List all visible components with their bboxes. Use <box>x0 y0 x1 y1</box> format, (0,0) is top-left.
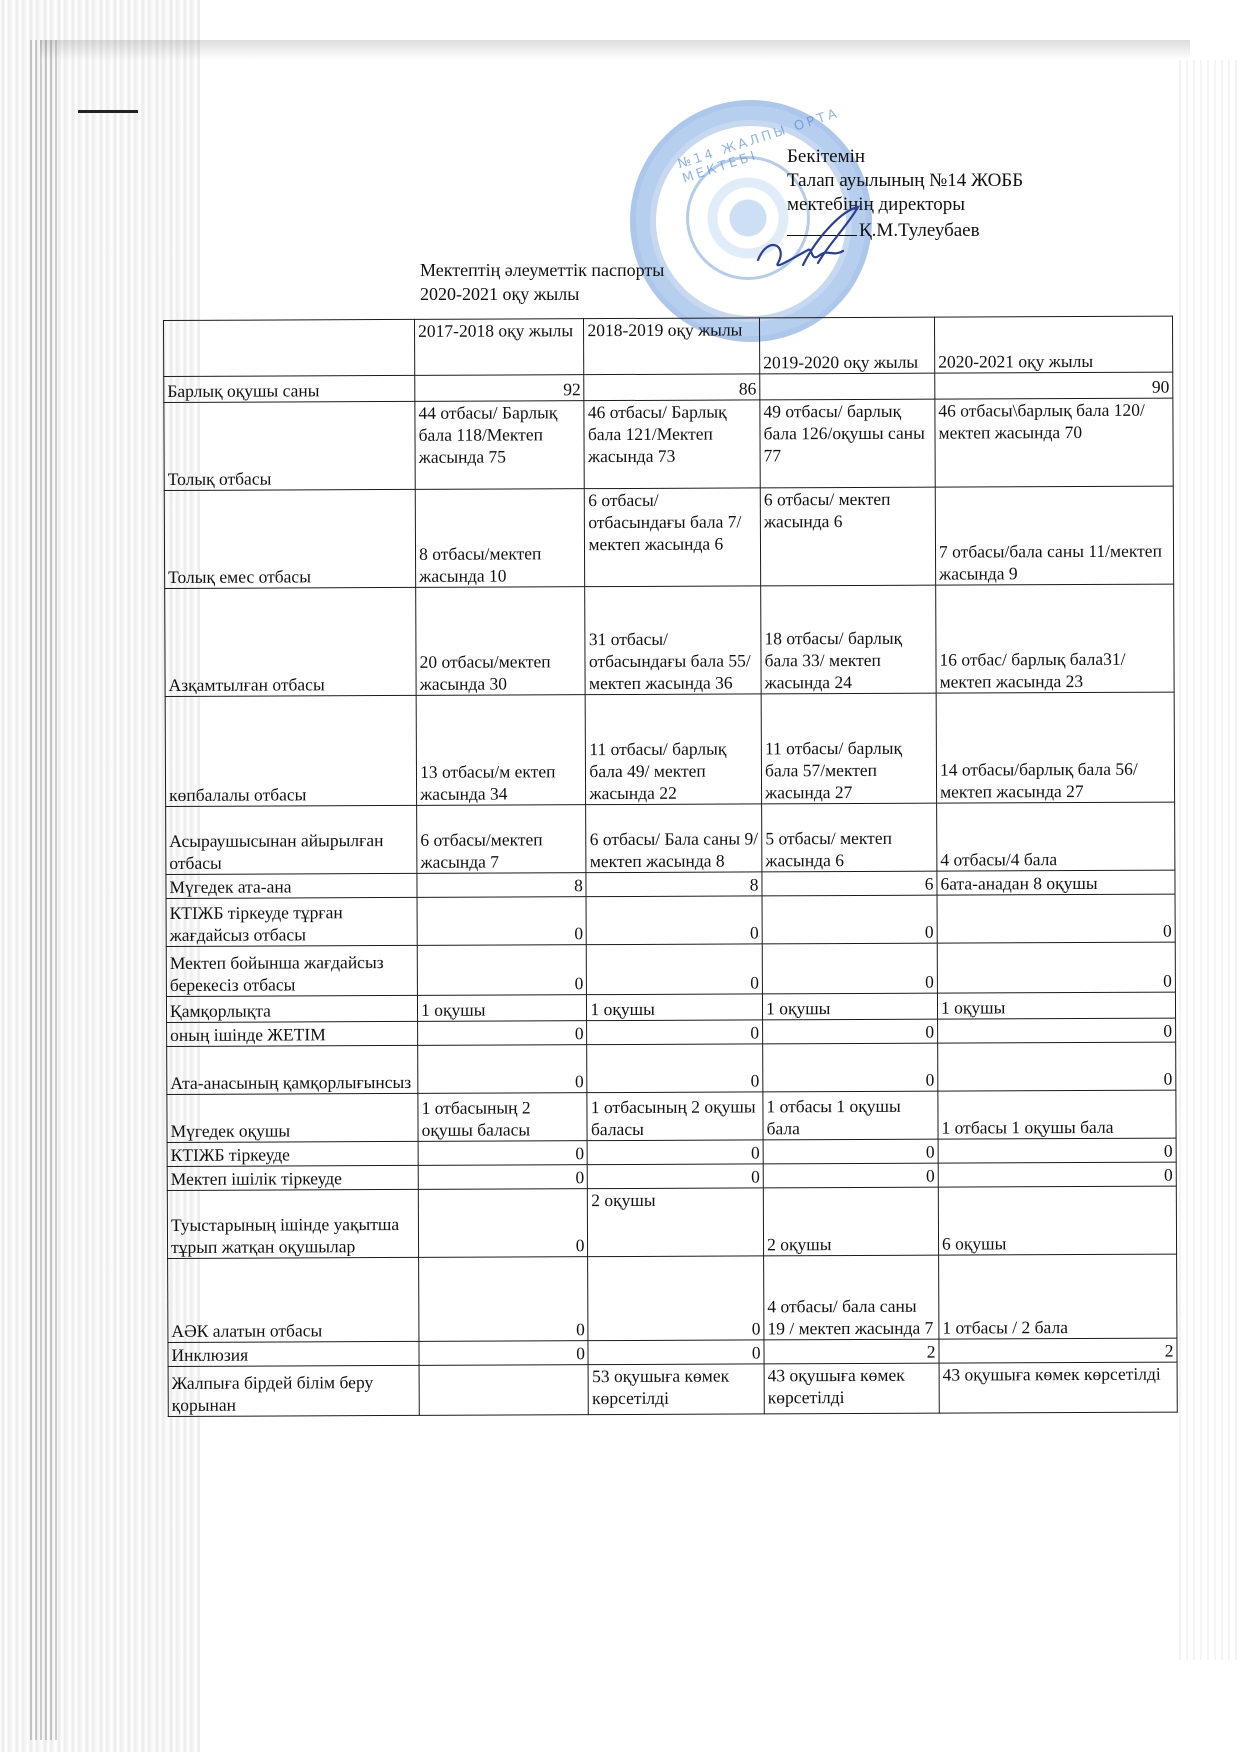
cell-value: 92 <box>415 375 584 402</box>
table-row: Толық отбасы44 отбасы/ Барлық бала 118/М… <box>164 398 1173 490</box>
cell-value: 6ата-анадан 8 оқушы <box>937 870 1175 895</box>
scan-artifact-edge <box>30 40 60 1740</box>
cell-value: 0 <box>938 1162 1176 1187</box>
row-label: Мүгедек оқушы <box>167 1093 418 1142</box>
cell-value: 0 <box>938 1018 1176 1043</box>
row-label: Жалпыға бірдей білім беру қорынан <box>168 1365 419 1416</box>
table-row: Асыраушысынан айырылған отбасы6 отбасы/м… <box>166 802 1175 874</box>
cell-value: 0 <box>763 1043 938 1092</box>
cell-value: 1 отбасы 1 оқушы бала <box>763 1091 938 1140</box>
approval-school: Талап ауылының №14 ЖОББ <box>787 169 1023 193</box>
row-label: Туыстарының ішінде уақытша тұрып жатқан … <box>167 1189 418 1258</box>
scan-artifact-right <box>1179 60 1239 1660</box>
cell-value: 1 оқушы <box>762 993 937 1020</box>
title-line-1: Мектептің әлеуметтік паспорты <box>420 258 664 282</box>
row-label: Асыраушысынан айырылған отбасы <box>166 805 417 874</box>
cell-value: 0 <box>588 1140 764 1165</box>
table-row: Азқамтылған отбасы20 отбасы/мектеп жасын… <box>165 584 1174 696</box>
cell-value: 0 <box>417 897 587 946</box>
cell-value: 0 <box>763 1163 938 1188</box>
cell-value: 18 отбасы/ барлық бала 33/ мектеп жасынд… <box>761 585 936 694</box>
cell-value: 6 оқушы <box>938 1186 1176 1255</box>
column-header: 2018-2019 оқу жылы <box>584 318 760 375</box>
row-label: Толық отбасы <box>164 401 415 490</box>
row-label: Инклюзия <box>168 1341 419 1366</box>
cell-value: 20 отбасы/мектеп жасында 30 <box>416 587 586 696</box>
cell-value: 2 оқушы <box>763 1187 938 1256</box>
table-row: Толық емес отбасы8 отбасы/мектеп жасында… <box>164 486 1173 588</box>
cell-value: 0 <box>419 1341 588 1366</box>
scan-artifact-top <box>40 40 1190 60</box>
cell-value: 1 отбасы / 2 бала <box>939 1254 1177 1339</box>
cell-value: 1 оқушы <box>418 995 587 1022</box>
row-label: Мүгедек ата-ана <box>166 873 417 898</box>
cell-value: 86 <box>584 374 760 401</box>
cell-value: 0 <box>587 944 763 995</box>
cell-value: 0 <box>937 942 1175 993</box>
cell-value: 8 <box>586 872 762 897</box>
row-label: оның ішінде ЖЕТІМ <box>167 1021 418 1046</box>
cell-value: 46 отбасы/ Барлық бала 121/Мектеп жасынд… <box>584 400 760 489</box>
cell-value: 0 <box>763 1019 938 1044</box>
cell-value: 0 <box>587 1044 763 1093</box>
signature-icon <box>748 205 868 275</box>
cell-value: 8 отбасы/мектеп жасында 10 <box>415 489 585 588</box>
cell-value: 11 отбасы/ барлық бала 49/ мектеп жасынд… <box>586 694 762 805</box>
cell-value: 5 отбасы/ мектеп жасында 6 <box>762 803 937 872</box>
cell-value: 4 отбасы/ бала саны 19 / мектеп жасында … <box>764 1255 939 1340</box>
cell-value <box>760 373 935 400</box>
cell-value: 6 отбасы/ мектеп жасында 6 <box>760 487 935 586</box>
header-corner <box>164 319 415 376</box>
cell-value: 31 отбасы/ отбасындағы бала 55/ мектеп ж… <box>585 586 761 695</box>
cell-value: 2 оқушы <box>588 1188 764 1257</box>
cell-value: 1 оқушы <box>587 994 763 1021</box>
cell-value: 0 <box>763 1139 938 1164</box>
cell-value: 0 <box>418 1141 587 1166</box>
cell-value: 1 оқушы <box>937 992 1175 1019</box>
cell-value: 90 <box>935 372 1173 399</box>
table-row: Ата-анасының қамқорлығынсыз0000 <box>167 1042 1176 1094</box>
cell-value: 2 <box>939 1338 1177 1363</box>
column-header: 2019-2020 оқу жылы <box>760 317 935 374</box>
cell-value: 0 <box>762 895 937 944</box>
cell-value: 6 отбасы/ Бала саны 9/ мектеп жасында 8 <box>586 804 762 873</box>
cell-value: 0 <box>588 1340 764 1365</box>
cell-value <box>419 1365 589 1416</box>
cell-value: 53 оқушыға көмек көрсетілді <box>588 1364 764 1415</box>
row-label: көпбалалы отбасы <box>165 695 417 806</box>
cell-value: 46 отбасы\барлық бала 120/ мектеп жасынд… <box>935 398 1173 487</box>
row-label: АӘК алатын отбасы <box>168 1257 419 1342</box>
cell-value: 0 <box>417 945 587 996</box>
scan-mark <box>78 110 138 113</box>
cell-value: 11 отбасы/ барлық бала 57/мектеп жасында… <box>761 693 936 804</box>
cell-value: 2 <box>764 1339 939 1364</box>
cell-value: 0 <box>418 1165 587 1190</box>
approval-signatory: Қ.М.Тулеубаев <box>859 220 980 241</box>
table-row: көпбалалы отбасы13 отбасы/м ектеп жасынд… <box>165 692 1174 806</box>
column-header: 2017-2018 оқу жылы <box>415 319 585 376</box>
cell-value: 1 отбасы 1 оқушы бала <box>938 1090 1176 1139</box>
cell-value: 6 <box>762 871 937 896</box>
cell-value: 0 <box>418 1189 588 1258</box>
cell-value: 44 отбасы/ Барлық бала 118/Мектеп жасынд… <box>415 401 585 490</box>
cell-value: 14 отбасы/барлық бала 56/ мектеп жасында… <box>936 692 1174 803</box>
cell-value: 0 <box>937 894 1175 943</box>
header-row: 2017-2018 оқу жылы2018-2019 оқу жылы2019… <box>164 316 1173 376</box>
cell-value: 6 отбасы/ отбасындағы бала 7/ мектеп жас… <box>585 488 761 587</box>
table-row: КТІЖБ тіркеуде тұрған жағдайсыз отбасы00… <box>166 894 1175 946</box>
row-label: КТІЖБ тіркеуде <box>167 1141 418 1166</box>
cell-value: 49 отбасы/ барлық бала 126/оқушы саны 77 <box>760 399 935 488</box>
row-label: Ата-анасының қамқорлығынсыз <box>167 1045 418 1094</box>
cell-value: 0 <box>762 943 937 994</box>
document-title: Мектептің әлеуметтік паспорты 2020-2021 … <box>420 258 664 306</box>
row-label: КТІЖБ тіркеуде тұрған жағдайсыз отбасы <box>166 897 417 946</box>
cell-value: 0 <box>418 1045 588 1094</box>
column-header: 2020-2021 оқу жылы <box>934 316 1172 373</box>
cell-value: 1 отбасының 2 оқушы баласы <box>587 1092 763 1141</box>
cell-value: 6 отбасы/мектеп жасында 7 <box>417 805 587 874</box>
row-label: Толық емес отбасы <box>164 489 416 588</box>
table-row: Жалпыға бірдей білім беру қорынан53 оқуш… <box>168 1362 1177 1416</box>
cell-value: 7 отбасы/бала саны 11/мектеп жасында 9 <box>935 486 1173 585</box>
cell-value: 8 <box>417 873 586 898</box>
row-label: Мектеп бойынша жағдайсыз берекесіз отбас… <box>166 945 417 996</box>
cell-value: 0 <box>419 1257 589 1342</box>
table-row: Мектеп бойынша жағдайсыз берекесіз отбас… <box>166 942 1175 996</box>
cell-value: 0 <box>588 1256 764 1341</box>
row-label: Қамқорлықта <box>166 995 417 1022</box>
cell-value: 0 <box>938 1042 1176 1091</box>
cell-value: 4 отбасы/4 бала <box>937 802 1175 871</box>
table-row: Туыстарының ішінде уақытша тұрып жатқан … <box>167 1186 1176 1258</box>
table-row: Мүгедек ата-ана8866ата-анадан 8 оқушы <box>166 870 1175 898</box>
cell-value: 1 отбасының 2 оқушы баласы <box>418 1093 588 1142</box>
cell-value: 16 отбас/ барлық бала31/мектеп жасында 2… <box>936 584 1174 693</box>
table-row: АӘК алатын отбасы004 отбасы/ бала саны 1… <box>168 1254 1177 1342</box>
cell-value: 13 отбасы/м ектеп жасында 34 <box>416 695 586 806</box>
cell-value: 0 <box>587 1020 763 1045</box>
cell-value: 0 <box>418 1021 587 1046</box>
row-label: Мектеп ішілік тіркеуде <box>167 1165 418 1190</box>
cell-value: 43 оқушыға көмек көрсетілді <box>764 1363 939 1414</box>
cell-value: 0 <box>588 1164 764 1189</box>
cell-value: 43 оқушыға көмек көрсетілді <box>939 1362 1177 1413</box>
table-row: Мүгедек оқушы1 отбасының 2 оқушы баласы1… <box>167 1090 1176 1142</box>
row-label: Барлық оқушы саны <box>164 375 415 402</box>
approval-heading: Бекітемін <box>787 145 1023 169</box>
row-label: Азқамтылған отбасы <box>165 587 417 696</box>
social-passport-table: 2017-2018 оқу жылы2018-2019 оқу жылы2019… <box>163 316 1178 1417</box>
title-line-2: 2020-2021 оқу жылы <box>420 282 664 306</box>
cell-value: 0 <box>586 896 762 945</box>
cell-value: 0 <box>938 1138 1176 1163</box>
